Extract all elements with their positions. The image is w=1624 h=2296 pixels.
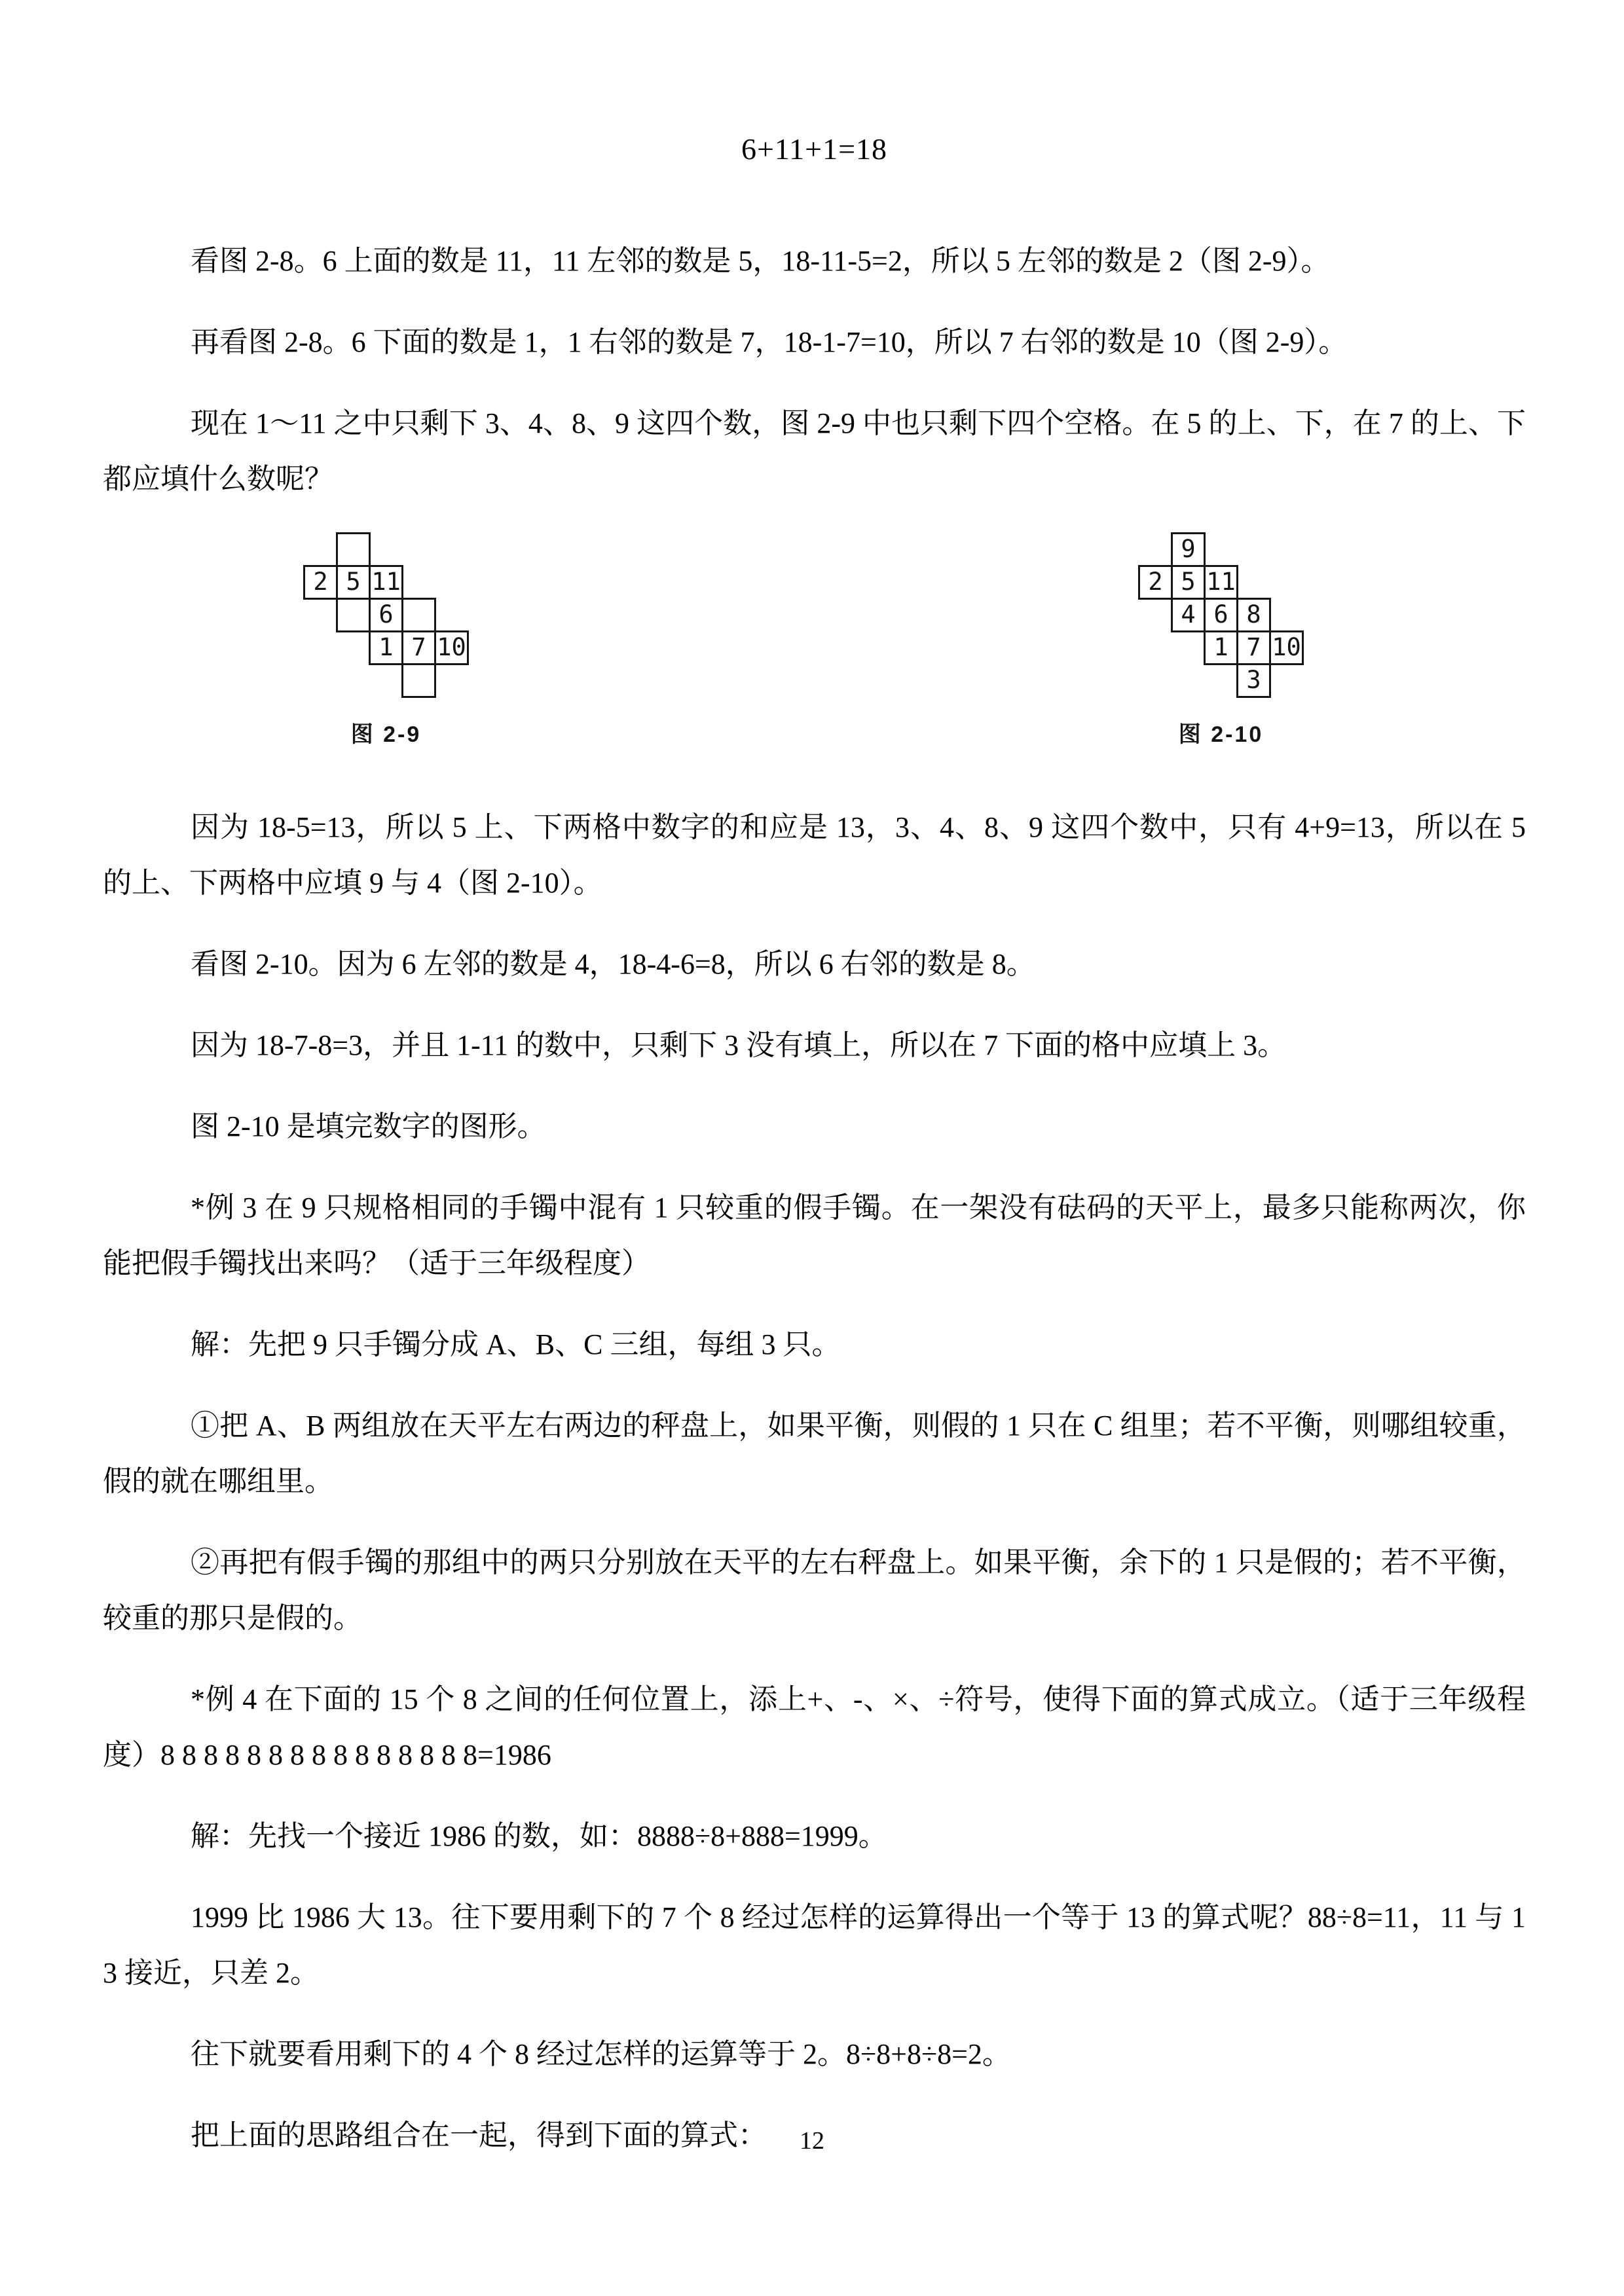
figure-grid: 251161710 [303, 532, 469, 698]
paragraph: 因为 18-5=13，所以 5 上、下两格中数字的和应是 13，3、4、8、9 … [103, 799, 1526, 911]
paragraph: 往下就要看用剩下的 4 个 8 经过怎样的运算等于 2。8÷8+8÷8=2。 [103, 2026, 1526, 2082]
figure-cell: 4 [1171, 598, 1206, 632]
figure-cell: 1 [369, 630, 403, 665]
paragraph: 1999 比 1986 大 13。往下要用剩下的 7 个 8 经过怎样的运算得出… [103, 1889, 1526, 2001]
paragraphs-before-figures: 看图 2-8。6 上面的数是 11，11 左邻的数是 5，18-11-5=2，所… [103, 233, 1526, 507]
figure-cell [336, 532, 371, 567]
figure-cell: 6 [1204, 598, 1238, 632]
figure-cell: 10 [1269, 630, 1304, 665]
figure-caption: 图 2-9 [303, 716, 469, 748]
figure-cell: 5 [336, 565, 371, 600]
equation-line: 6+11+1=18 [103, 130, 1526, 169]
paragraph: 因为 18-7-8=3，并且 1-11 的数中，只剩下 3 没有填上，所以在 7… [103, 1017, 1526, 1073]
figure-cell: 6 [369, 598, 403, 632]
paragraph: 现在 1～11 之中只剩下 3、4、8、9 这四个数，图 2-9 中也只剩下四个… [103, 395, 1526, 507]
paragraph: 看图 2-10。因为 6 左邻的数是 4，18-4-6=8，所以 6 右邻的数是… [103, 936, 1526, 992]
paragraph: 解：先找一个接近 1986 的数，如：8888÷8+888=1999。 [103, 1808, 1526, 1864]
figure-cell: 7 [401, 630, 436, 665]
figure-cell: 2 [1138, 565, 1173, 600]
figure-cell: 5 [1171, 565, 1206, 600]
figure-cell: 7 [1236, 630, 1271, 665]
page-content: 6+11+1=18 看图 2-8。6 上面的数是 11，11 左邻的数是 5，1… [0, 0, 1624, 2189]
figures-row: 251161710 图 2-9 9251146817103 图 2-10 [103, 532, 1526, 763]
paragraph: ①把 A、B 两组放在天平左右两边的秤盘上，如果平衡，则假的 1 只在 C 组里… [103, 1398, 1526, 1509]
figure-cell: 8 [1236, 598, 1271, 632]
paragraph: ②再把有假手镯的那组中的两只分别放在天平的左右秤盘上。如果平衡，余下的 1 只是… [103, 1535, 1526, 1646]
figure-grid: 9251146817103 [1138, 532, 1304, 698]
paragraphs-after-figures: 因为 18-5=13，所以 5 上、下两格中数字的和应是 13，3、4、8、9 … [103, 799, 1526, 2163]
figure-caption: 图 2-10 [1138, 716, 1304, 748]
figure-cell: 3 [1236, 663, 1271, 698]
figure-cell [401, 598, 436, 632]
figure-cell: 1 [1204, 630, 1238, 665]
document-page: 6+11+1=18 看图 2-8。6 上面的数是 11，11 左邻的数是 5，1… [0, 0, 1624, 2296]
paragraph: 再看图 2-8。6 下面的数是 1，1 右邻的数是 7，18-1-7=10，所以… [103, 314, 1526, 370]
figure-2-10: 9251146817103 图 2-10 [1138, 532, 1304, 748]
figure-cell: 9 [1171, 532, 1206, 567]
figure-cell: 11 [1204, 565, 1238, 600]
paragraph: 看图 2-8。6 上面的数是 11，11 左邻的数是 5，18-11-5=2，所… [103, 233, 1526, 289]
figure-2-9: 251161710 图 2-9 [303, 532, 469, 748]
page-number: 12 [0, 2126, 1624, 2155]
figure-cell: 2 [303, 565, 338, 600]
figure-cell: 10 [434, 630, 469, 665]
figure-cell [336, 598, 371, 632]
figure-cell: 11 [369, 565, 403, 600]
paragraph: *例 3 在 9 只规格相同的手镯中混有 1 只较重的假手镯。在一架没有砝码的天… [103, 1180, 1526, 1291]
figure-cell [401, 663, 436, 698]
paragraph: 图 2-10 是填完数字的图形。 [103, 1099, 1526, 1154]
paragraph: *例 4 在下面的 15 个 8 之间的任何位置上，添上+、-、×、÷符号，使得… [103, 1671, 1526, 1783]
paragraph: 解：先把 9 只手镯分成 A、B、C 三组，每组 3 只。 [103, 1317, 1526, 1372]
